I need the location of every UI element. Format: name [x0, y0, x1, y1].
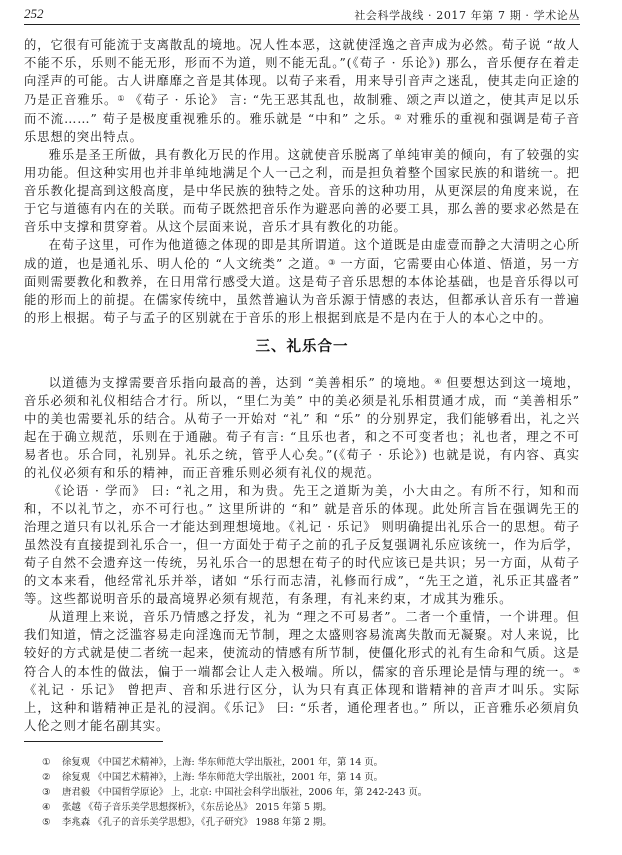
footnote-text: 徐复观 《中国艺术精神》，上海: 华东师范大学出版社，2001 年，第 14 页…	[62, 755, 383, 770]
paragraph: 从道理上来说，音乐乃情感之抒发，礼为 “理之不可易者”。二者一个重情，一个讲理。…	[24, 608, 580, 735]
paragraph: 的，它很有可能流于支离散乱的境地。况人性本恶，这就使淫逸之音声成为必然。荀子说 …	[24, 36, 580, 146]
paragraph: 以道德为支撑需要音乐指向最高的善，达到 “美善相乐” 的境地。④ 但要想达到这一…	[24, 373, 580, 482]
paragraph: 《论语 · 学而》 曰: “礼之用，和为贵。先王之道斯为美，小大由之。有所不行，…	[24, 482, 580, 608]
page-number: 252	[24, 6, 44, 22]
body-text-before-heading: 的，它很有可能流于支离散乱的境地。况人性本恶，这就使淫逸之音声成为必然。荀子说 …	[24, 36, 580, 327]
section-heading: 三、礼乐合一	[24, 335, 580, 356]
footnote-text: 张越 《荀子音乐美学思想探析》，《东岳论丛》 2015 年第 5 期。	[62, 800, 332, 815]
footnote-mark: ④	[42, 800, 62, 815]
footnote-item: ⑤ 李兆森 《孔子的音乐美学思想》，《孔子研究》 1988 年第 2 期。	[42, 815, 582, 830]
footnote-mark: ⑤	[42, 815, 62, 830]
footnote-divider	[24, 741, 163, 742]
footnotes: ① 徐复观 《中国艺术精神》，上海: 华东师范大学出版社，2001 年，第 14…	[42, 755, 582, 830]
footnote-ref-2[interactable]: ②	[394, 113, 401, 122]
paragraph: 在荀子这里，可作为他道德之体现的即是其所谓道。这个道既是由虚壹而静之大清明之心所…	[24, 236, 580, 327]
footnote-text: 徐复观 《中国艺术精神》，上海: 华东师范大学出版社，2001 年，第 14 页…	[62, 770, 383, 785]
footnote-text: 李兆森 《孔子的音乐美学思想》，《孔子研究》 1988 年第 2 期。	[62, 815, 332, 830]
footnote-ref-1[interactable]: ①	[117, 94, 124, 103]
footnote-mark: ①	[42, 755, 62, 770]
journal-title: 社会科学战线 · 2017 年第 7 期 · 学术论丛	[354, 7, 580, 23]
footnote-item: ② 徐复观 《中国艺术精神》，上海: 华东师范大学出版社，2001 年，第 14…	[42, 770, 582, 785]
footnote-ref-5[interactable]: ⑤	[573, 666, 580, 675]
paragraph: 雅乐是圣王所做，具有教化万民的作用。这就使音乐脱离了单纯审美的倾向，有了较强的实…	[24, 146, 580, 236]
footnote-mark: ②	[42, 770, 62, 785]
footnote-mark: ③	[42, 785, 62, 800]
footnote-ref-4[interactable]: ④	[434, 377, 441, 386]
footnote-text: 唐君毅 《中国哲学原论》 上，北京: 中国社会科学出版社，2006 年，第 24…	[62, 785, 427, 800]
body-text-after-heading: 以道德为支撑需要音乐指向最高的善，达到 “美善相乐” 的境地。④ 但要想达到这一…	[24, 373, 580, 735]
footnote-item: ③ 唐君毅 《中国哲学原论》 上，北京: 中国社会科学出版社，2006 年，第 …	[42, 785, 582, 800]
footnote-item: ④ 张越 《荀子音乐美学思想探析》，《东岳论丛》 2015 年第 5 期。	[42, 800, 582, 815]
footnote-item: ① 徐复观 《中国艺术精神》，上海: 华东师范大学出版社，2001 年，第 14…	[42, 755, 582, 770]
running-header: 252 社会科学战线 · 2017 年第 7 期 · 学术论丛	[24, 4, 580, 25]
